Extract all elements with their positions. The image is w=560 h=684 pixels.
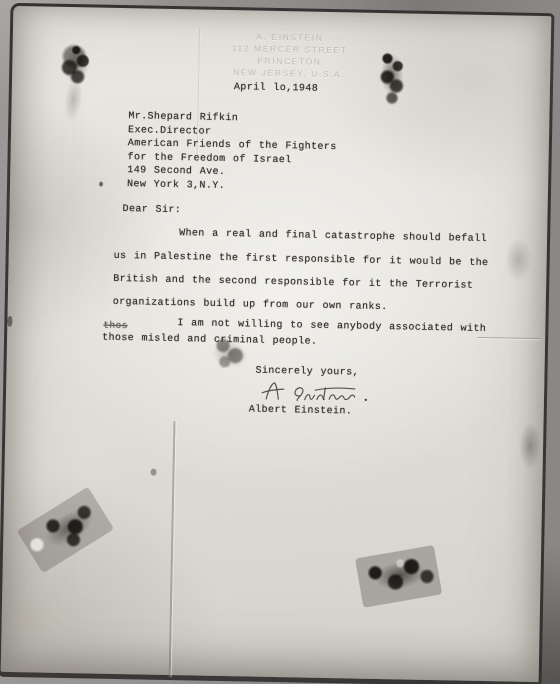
body-line: organizations build up from our own rank… [113,297,388,313]
ink-stamp-bottom-right [355,545,442,608]
body-line: When a real and final catastrophe should… [179,228,487,245]
photo-background: A. EINSTEIN 112 MERCER STREET PRINCETON … [0,0,560,684]
ink-stain-top-right [371,45,413,112]
ink-stain-top-left [47,35,103,122]
letterhead-line: NEW JERSEY, U.S.A. [200,65,378,80]
paper-speck [150,469,156,476]
ink-stamp-bottom-left [17,487,115,574]
struck-out-word: thos [103,320,128,331]
address-line: New York 3,N.Y. [127,178,336,196]
body-line: us in Palestine the first responsible fo… [114,251,489,269]
einstein-signature [256,378,379,408]
paper-smudge [504,237,533,282]
letter-paper: A. EINSTEIN 112 MERCER STREET PRINCETON … [0,3,554,684]
letterhead: A. EINSTEIN 112 MERCER STREET PRINCETON … [200,30,379,81]
typed-name: Albert Einstein. [249,404,353,417]
ink-stain-middle [196,325,263,383]
fold-crease-vertical [169,421,176,677]
date-line: April lo,1948 [234,82,318,95]
recipient-address: Mr.Shepard Rifkin Exec.Director American… [127,110,337,195]
salutation: Dear Sir: [122,204,181,216]
paper-speck [7,316,12,327]
closing: Sincerely yours, [255,366,359,379]
paper-speck [99,182,103,187]
body-line: British and the second responsible for i… [113,274,473,292]
paper-smudge [519,422,542,470]
fold-crease-horizontal [477,337,541,339]
